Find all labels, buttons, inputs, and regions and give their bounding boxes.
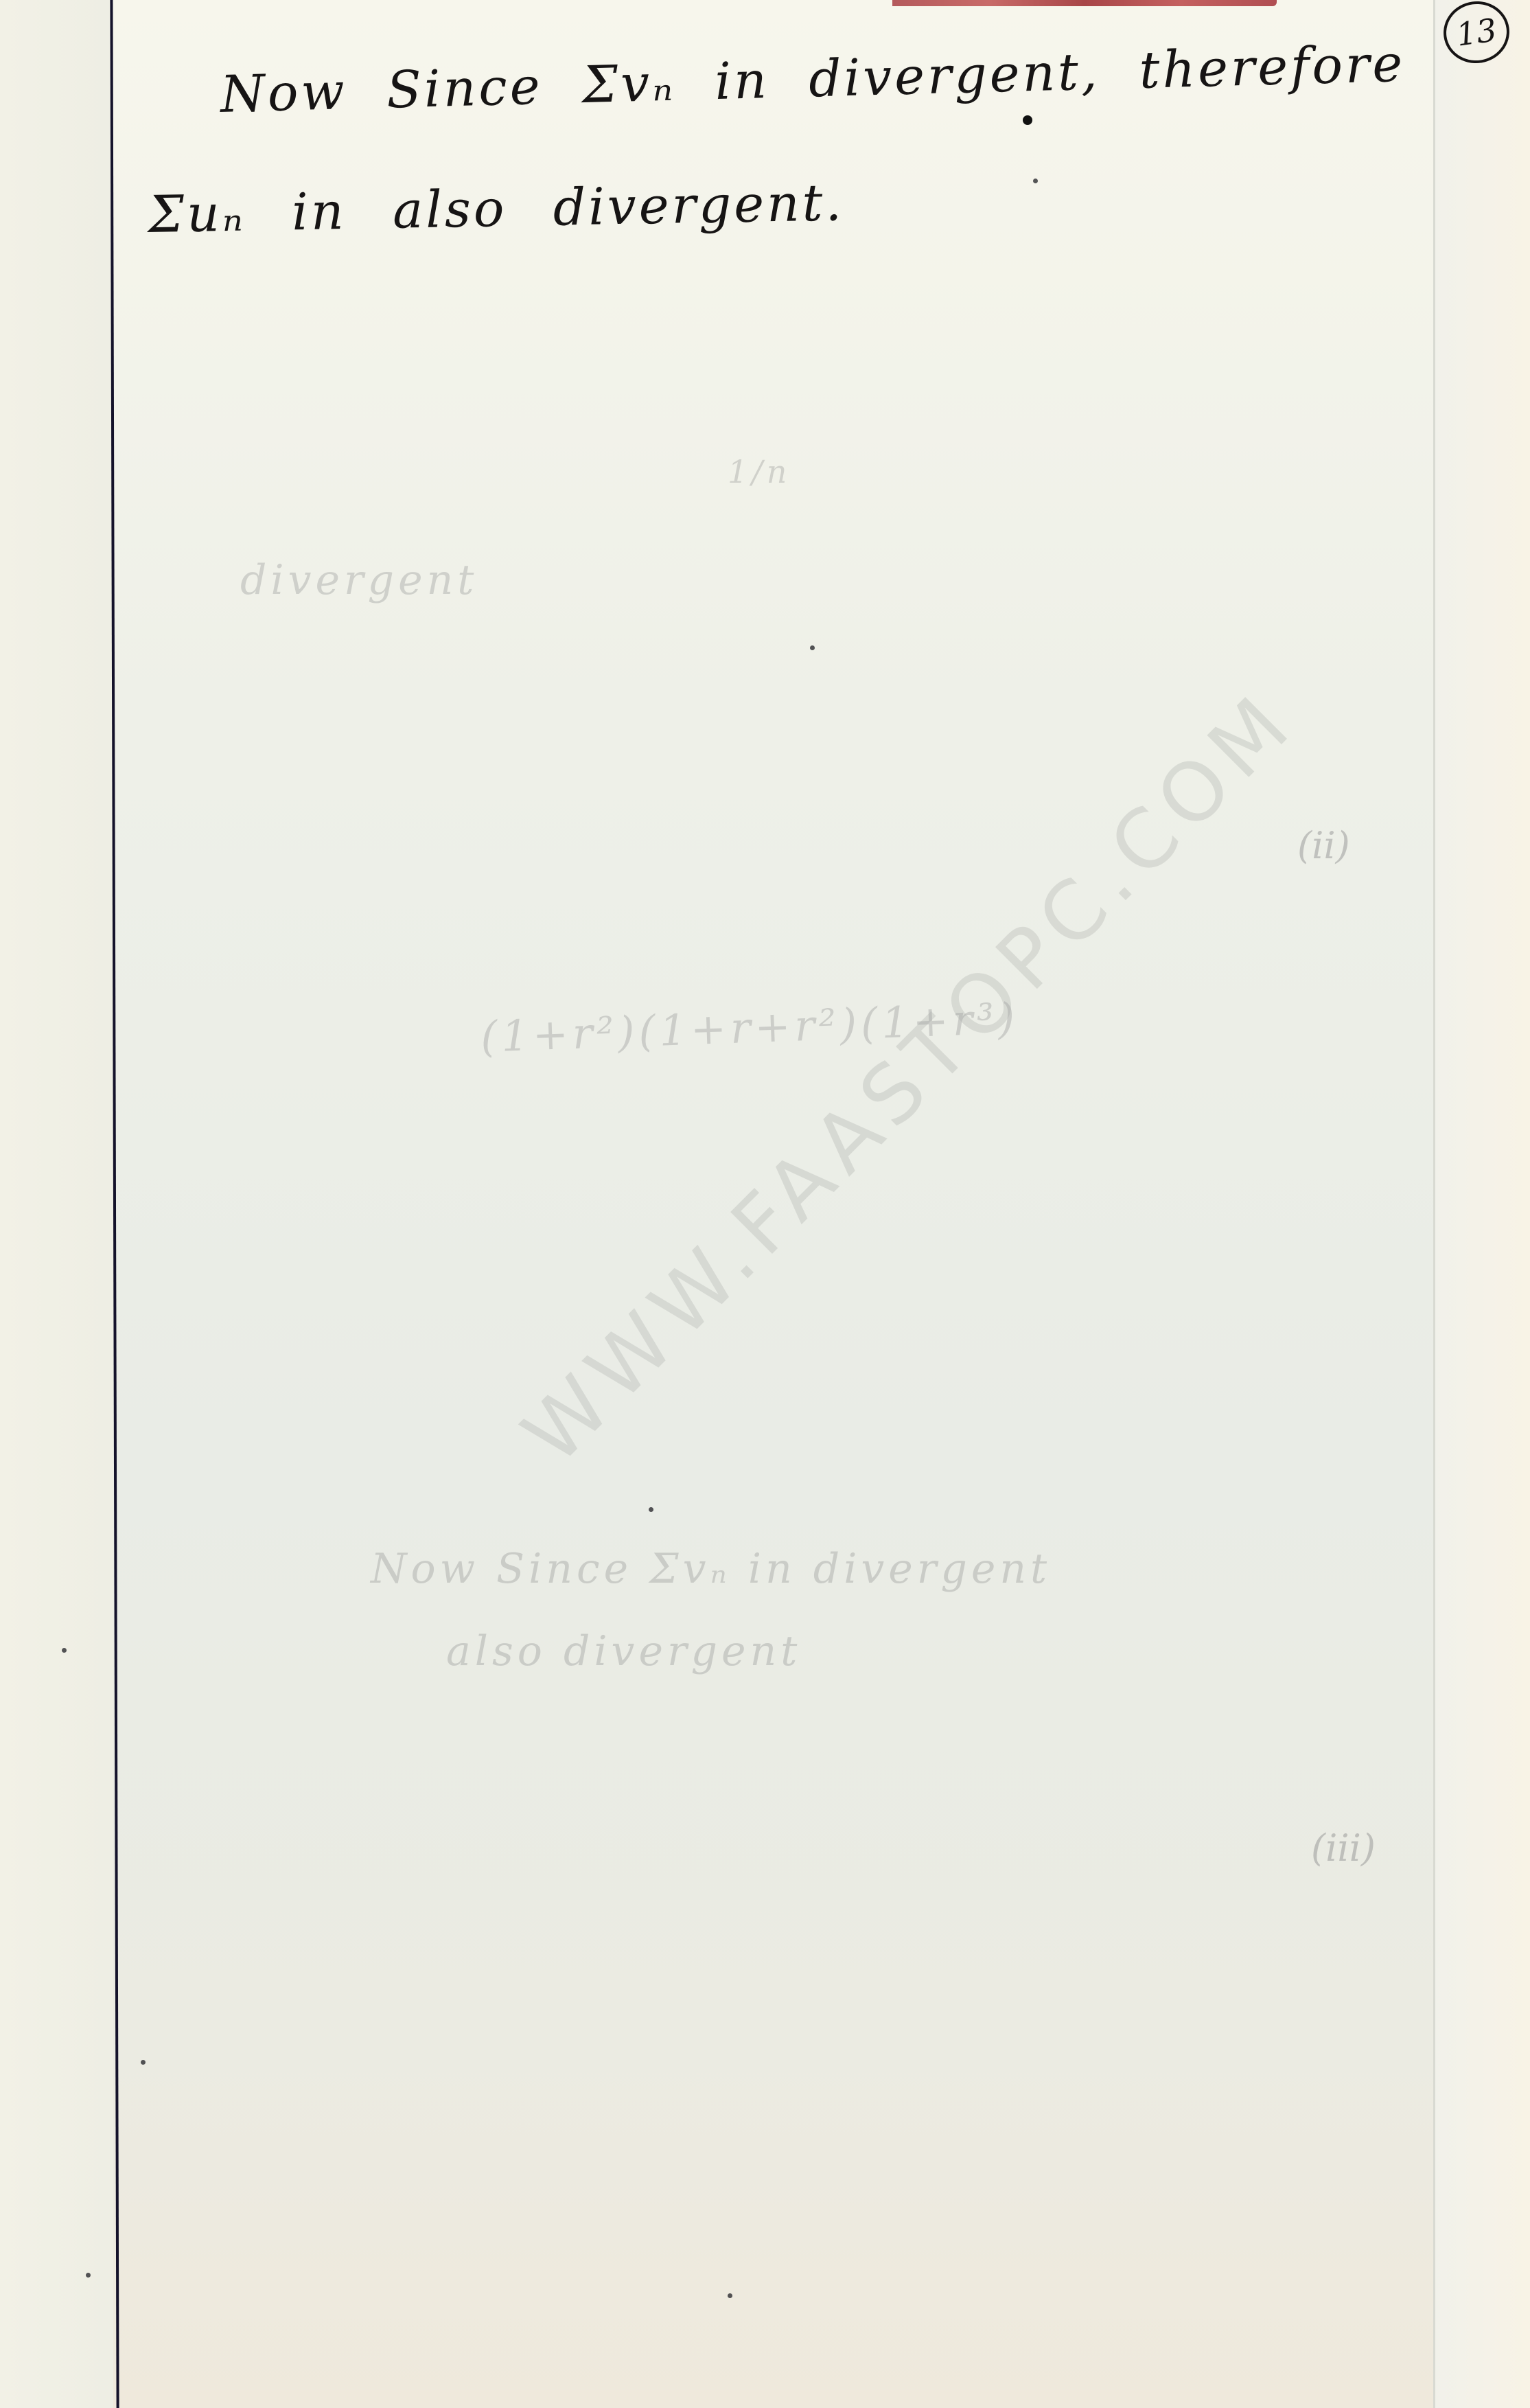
watermark: WWW.FAASTOPC.COM xyxy=(505,673,1313,1482)
bleed-roman-ii: (ii) xyxy=(1297,824,1350,867)
right-margin-area xyxy=(1434,0,1530,2408)
bleed-also-divergent: also divergent xyxy=(446,1627,801,1675)
ink-dot xyxy=(62,1648,67,1653)
bleed-line-now-since: Now Since Σvₙ in divergent xyxy=(371,1545,1051,1593)
bleed-divergent-1: divergent xyxy=(240,556,478,604)
ink-dot xyxy=(141,2060,146,2065)
ink-dot xyxy=(86,2273,91,2278)
handwritten-line-1: Now Since Σvₙ in divergent, therefore xyxy=(220,34,1406,124)
bleed-roman-iii: (iii) xyxy=(1311,1826,1376,1870)
handwritten-line-2: Σuₙ in also divergent. xyxy=(148,173,845,244)
page-number-text: 13 xyxy=(1454,11,1498,54)
bleed-product: (1+r²)(1+r+r²)(1+r³) xyxy=(480,993,1019,1062)
red-cover-edge xyxy=(892,0,1277,6)
right-margin-line xyxy=(1433,0,1435,2408)
bleed-fraction: 1/n xyxy=(728,453,791,490)
left-margin-area xyxy=(0,0,113,2408)
ink-dot xyxy=(649,1507,653,1512)
ink-dot xyxy=(1033,179,1038,183)
ink-dot xyxy=(1023,115,1032,125)
ink-dot xyxy=(810,645,815,650)
ink-dot xyxy=(728,2293,732,2298)
